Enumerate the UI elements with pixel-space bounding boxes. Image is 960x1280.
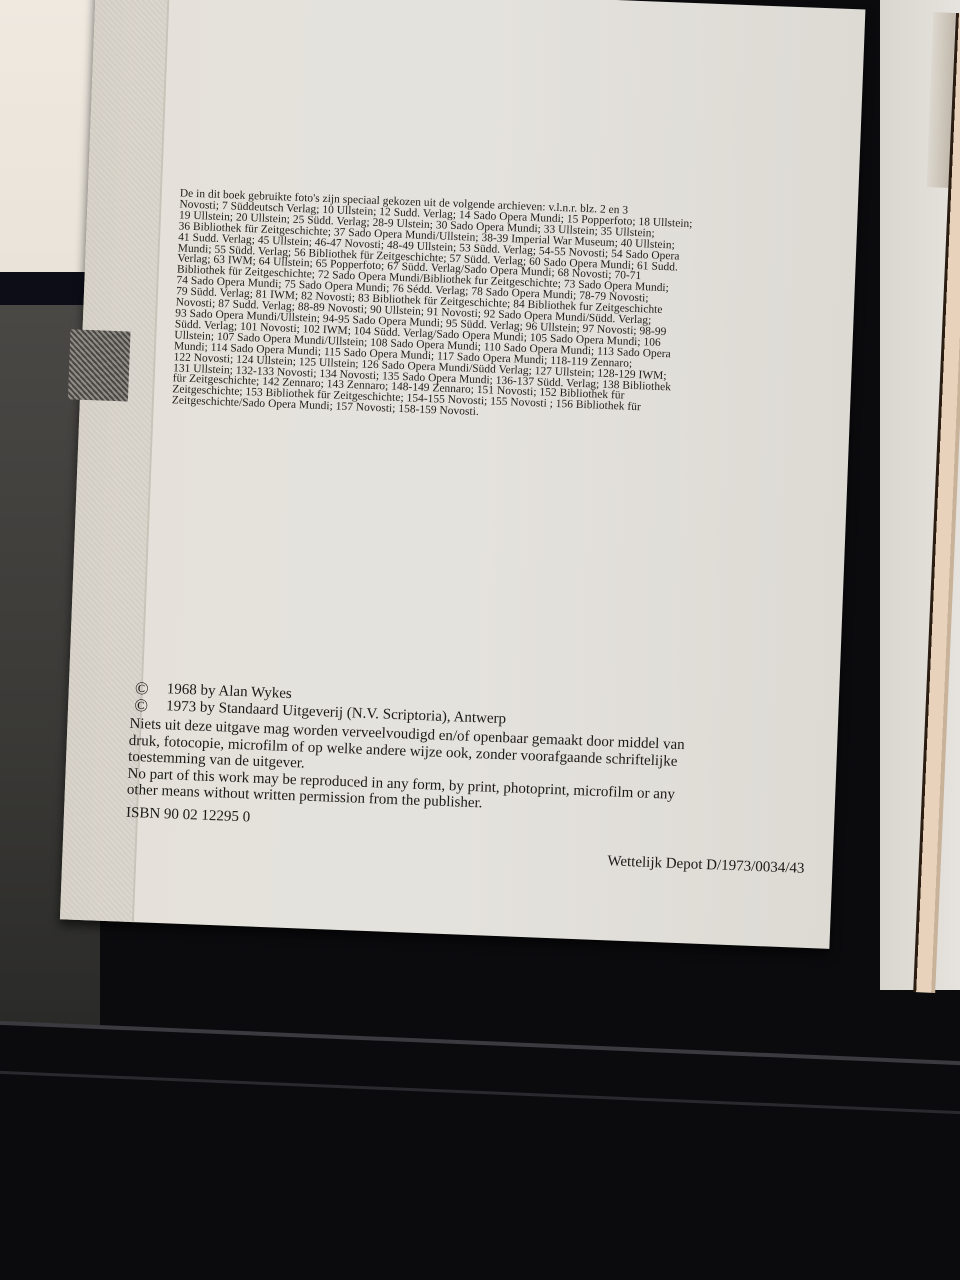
shelf-edge-lower [0,1070,960,1116]
shelf-edge [0,1020,960,1067]
copyright-icon: © [130,696,153,713]
photo-credits: De in dit boek gebruikte foto's zijn spe… [172,188,830,431]
photo-fragment [68,329,131,401]
legal-block: © 1968 by Alan Wykes © 1973 by Standaard… [125,680,811,877]
book-page: De in dit boek gebruikte foto's zijn spe… [60,0,866,949]
